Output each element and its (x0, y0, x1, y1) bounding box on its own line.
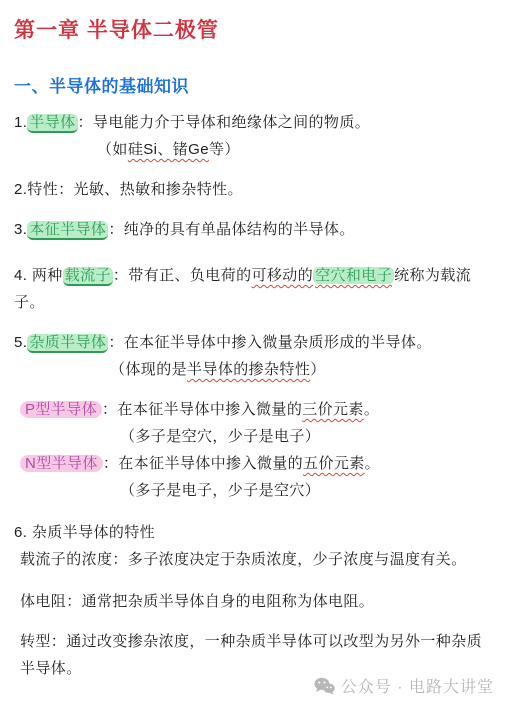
term-n-type-semiconductor: N型半导体 (20, 455, 103, 472)
item-4-movable: 可移动的 (252, 267, 314, 284)
item-3-text: ：纯净的具有单晶体结构的半导体。 (108, 221, 354, 238)
chapter-title: 第一章 半导体二极管 (14, 14, 496, 44)
item-5-number: 5. (14, 334, 27, 351)
item-6-heading: 6. 杂质半导体的特性 (14, 519, 496, 546)
item-1-definition: 1.半导体：导电能力介于导体和绝缘体之间的物质。 (14, 109, 496, 136)
item-4-wavy-group: 可移动的空穴和电子 (252, 267, 395, 284)
p-type-trivalent: 三价元素 (302, 401, 364, 418)
example-prefix: （如 (97, 141, 128, 158)
term-doped-semiconductor: 杂质半导体 (27, 334, 108, 353)
n-type-period: 。 (365, 455, 380, 472)
item-4-middle: ：带有正、负电荷的 (113, 267, 252, 284)
watermark-label: 公众号 · 电路大讲堂 (341, 674, 494, 697)
item-4-prefix: 4. 两种 (14, 267, 63, 284)
note-prefix: （体现的是 (110, 361, 187, 378)
carrier-concentration-line: 载流子的浓度：多子浓度决定于杂质浓度，少子浓度与温度有关。 (14, 546, 496, 573)
p-type-note: （多子是空穴，少子是电子） (14, 423, 496, 450)
item-5-note: （体现的是半导体的掺杂特性） (14, 356, 496, 383)
example-suffix: 等） (209, 141, 240, 158)
item-1-text: ：导电能力介于导体和绝缘体之间的物质。 (78, 114, 371, 131)
item-3-intrinsic: 3.本征半导体：纯净的具有单晶体结构的半导体。 (14, 216, 496, 243)
item-5-doped: 5.杂质半导体：在本征半导体中掺入微量杂质形成的半导体。 (14, 329, 496, 356)
item-1-number: 1. (14, 114, 27, 131)
n-type-note: （多子是电子，少子是空穴） (14, 477, 496, 504)
note-doping-property: 半导体的掺杂特性 (187, 361, 310, 378)
item-5-text: ：在本征半导体中掺入微量杂质形成的半导体。 (108, 334, 431, 351)
p-type-middle: ：在本征半导体中掺入微量的 (102, 401, 302, 418)
item-4-carriers: 4. 两种载流子：带有正、负电荷的可移动的空穴和电子统称为载流子。 (14, 262, 496, 316)
item-3-number: 3. (14, 221, 27, 238)
example-silicon-germanium: 硅Si、锗Ge (128, 141, 209, 158)
p-type-period: 。 (364, 401, 379, 418)
n-type-pentavalent: 五价元素 (303, 455, 365, 472)
n-type-line: N型半导体：在本征半导体中掺入微量的五价元素。 (14, 450, 496, 477)
note-suffix: ） (310, 361, 325, 378)
item-2-characteristics: 2.特性：光敏、热敏和掺杂特性。 (14, 176, 496, 203)
term-carriers: 载流子 (63, 267, 113, 286)
term-p-type-semiconductor: P型半导体 (20, 401, 102, 418)
watermark: 公众号 · 电路大讲堂 (314, 674, 494, 697)
item-1-example: （如硅Si、锗Ge等） (14, 136, 496, 163)
term-holes-electrons: 空穴和电子 (313, 267, 394, 284)
notes-page: 第一章 半导体二极管 一、半导体的基础知识 1.半导体：导电能力介于导体和绝缘体… (0, 0, 512, 705)
body-resistance-line: 体电阻：通常把杂质半导体自身的电阻称为体电阻。 (14, 588, 496, 615)
term-semiconductor: 半导体 (27, 114, 77, 133)
section-heading: 一、半导体的基础知识 (14, 72, 496, 97)
p-type-line: P型半导体：在本征半导体中掺入微量的三价元素。 (14, 396, 496, 423)
term-intrinsic-semiconductor: 本征半导体 (27, 221, 108, 240)
wechat-icon (314, 677, 335, 695)
n-type-middle: ：在本征半导体中掺入微量的 (103, 455, 303, 472)
